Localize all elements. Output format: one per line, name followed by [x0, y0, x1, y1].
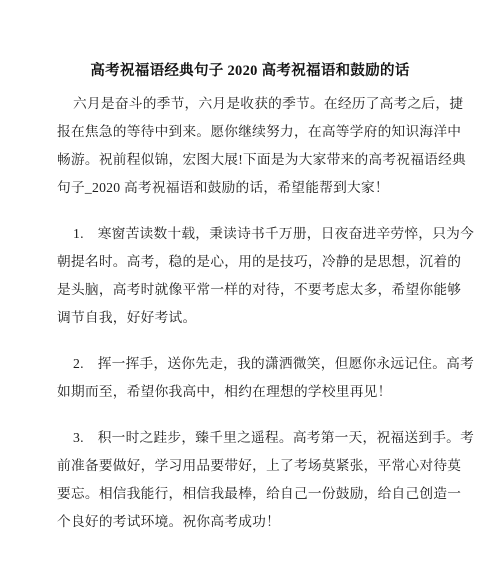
text-line: 句子_2020 高考祝福语和鼓励的话，希望能帮到大家！ — [57, 174, 443, 202]
paragraph: 六月是奋斗的季节，六月是收获的季节。在经历了高考之后，捷报在焦急的等待中到来。愿… — [57, 90, 443, 202]
text-line: 畅游。祝前程似锦，宏图大展!下面是为大家带来的高考祝福语经典 — [57, 146, 443, 174]
text-line: 2. 挥一挥手，送你先走，我的潇洒微笑，但愿你永远记住。高考 — [57, 350, 443, 378]
text-line: 朝提名时。高考，稳的是心，用的是技巧，冷静的是思想，沉着的 — [57, 248, 443, 276]
text-line: 前准备要做好，学习用品要带好，上了考场莫紧张，平常心对待莫 — [57, 452, 443, 480]
paragraph: 1. 寒窗苦读数十载，秉读诗书千万册，日夜奋进辛劳悴，只为今朝提名时。高考，稳的… — [57, 220, 443, 332]
document-body: 六月是奋斗的季节，六月是收获的季节。在经历了高考之后，捷报在焦急的等待中到来。愿… — [57, 90, 443, 536]
paragraph: 2. 挥一挥手，送你先走，我的潇洒微笑，但愿你永远记住。高考如期而至，希望你我高… — [57, 350, 443, 406]
text-line: 六月是奋斗的季节，六月是收获的季节。在经历了高考之后，捷 — [57, 90, 443, 118]
text-line: 1. 寒窗苦读数十载，秉读诗书千万册，日夜奋进辛劳悴，只为今 — [57, 220, 443, 248]
text-line: 3. 积一时之跬步，臻千里之遥程。高考第一天，祝福送到手。考 — [57, 424, 443, 452]
paragraph: 3. 积一时之跬步，臻千里之遥程。高考第一天，祝福送到手。考前准备要做好，学习用… — [57, 424, 443, 536]
text-line: 如期而至，希望你我高中，相约在理想的学校里再见！ — [57, 378, 443, 406]
text-line: 报在焦急的等待中到来。愿你继续努力，在高等学府的知识海洋中 — [57, 118, 443, 146]
text-line: 是头脑，高考时就像平常一样的对待，不要考虑太多，希望你能够 — [57, 276, 443, 304]
document-page: 高考祝福语经典句子 2020 高考祝福语和鼓励的话 六月是奋斗的季节，六月是收获… — [0, 0, 500, 565]
text-line: 调节自我，好好考试。 — [57, 304, 443, 332]
text-line: 个良好的考试环境。祝你高考成功！ — [57, 508, 443, 536]
text-line: 要忘。相信我能行，相信我最棒，给自己一份鼓励，给自己创造一 — [57, 480, 443, 508]
document-title: 高考祝福语经典句子 2020 高考祝福语和鼓励的话 — [57, 56, 443, 86]
